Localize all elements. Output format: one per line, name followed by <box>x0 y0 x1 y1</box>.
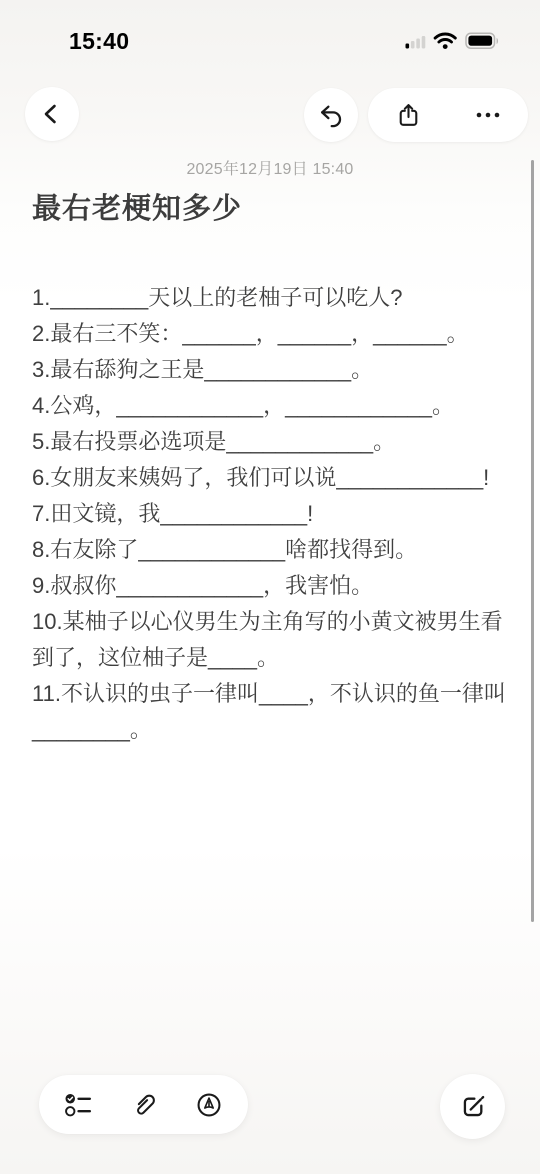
notes-app-screen: 15:40 <box>0 0 540 1174</box>
question-line: 10.某柚子以心仪男生为主角写的小黄文被男生看到了，这位柚子是____。 <box>32 604 514 676</box>
cellular-signal-icon <box>405 34 426 49</box>
question-line: 6.女朋友来姨妈了，我们可以说____________! <box>32 460 514 496</box>
note-body[interactable]: 1.________天以上的老柚子可以吃人? 2.最右三不笑：______，__… <box>32 280 514 748</box>
question-line: 5.最右投票必选项是____________。 <box>32 424 514 460</box>
question-line: 9.叔叔你____________，我害怕。 <box>32 568 514 604</box>
bottom-toolbar <box>39 1075 248 1134</box>
question-line: 4.公鸡，____________，____________。 <box>32 388 514 424</box>
markup-button[interactable] <box>182 1078 236 1132</box>
wifi-icon <box>433 32 458 50</box>
checklist-icon <box>64 1091 92 1119</box>
markup-pen-icon <box>195 1091 223 1119</box>
question-line: 2.最右三不笑：______，______，______。 <box>32 316 514 352</box>
nav-actions-pill <box>368 88 528 142</box>
undo-icon <box>318 102 345 129</box>
scrollbar[interactable] <box>531 160 534 922</box>
undo-button[interactable] <box>304 88 358 142</box>
status-time: 15:40 <box>69 28 129 55</box>
compose-button[interactable] <box>440 1074 505 1139</box>
battery-icon <box>465 32 500 50</box>
compose-icon <box>458 1092 488 1122</box>
status-icons <box>405 32 500 50</box>
back-button[interactable] <box>25 87 79 141</box>
ellipsis-icon <box>474 102 502 128</box>
question-line: 3.最右舔狗之王是____________。 <box>32 352 514 388</box>
checklist-button[interactable] <box>51 1078 105 1132</box>
chevron-left-icon <box>40 102 64 126</box>
question-line: 8.右友除了____________啥都找得到。 <box>32 532 514 568</box>
more-button[interactable] <box>448 88 528 142</box>
question-line: 1.________天以上的老柚子可以吃人? <box>32 280 514 316</box>
share-icon <box>395 102 422 129</box>
paperclip-icon <box>130 1091 158 1119</box>
attachment-button[interactable] <box>117 1078 171 1132</box>
note-title[interactable]: 最右老梗知多少 <box>32 189 512 229</box>
share-button[interactable] <box>368 88 448 142</box>
question-line: 7.田文镜，我____________! <box>32 496 514 532</box>
note-timestamp: 2025年12月19日 15:40 <box>0 156 540 179</box>
question-line: 11.不认识的虫子一律叫____，不认识的鱼一律叫________。 <box>32 676 514 748</box>
